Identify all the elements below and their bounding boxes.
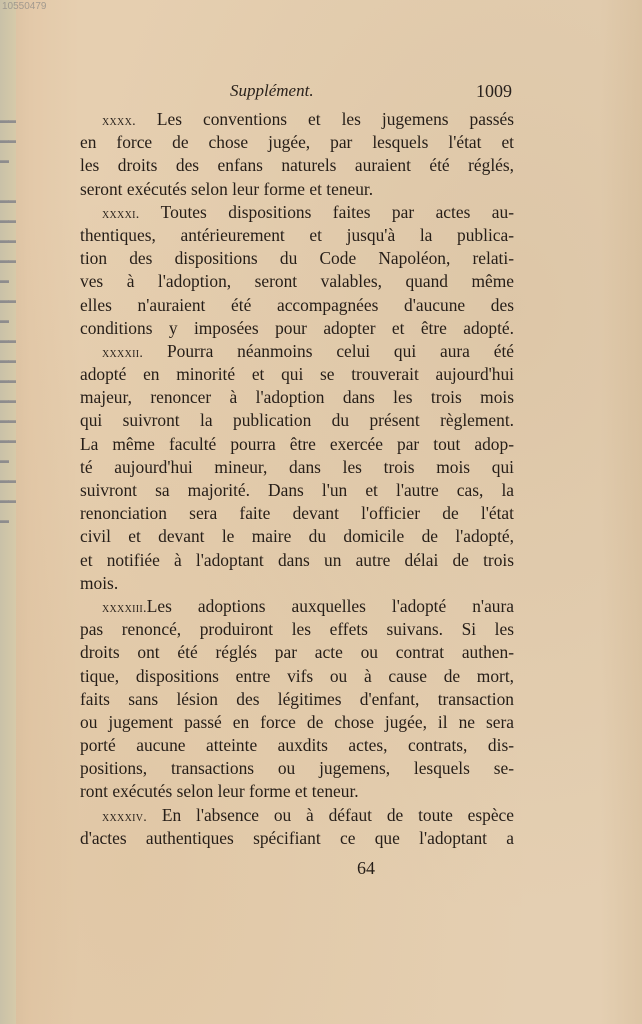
article-number: xxxxi. (102, 207, 140, 222)
text-line: seront exécutés selon leur forme et tene… (80, 178, 514, 201)
text-line: majeur, renoncer à l'adoption dans les t… (80, 386, 514, 409)
scan-id-label: 10550479 (2, 1, 47, 12)
text-line: qui suivront la publication du présent r… (80, 409, 514, 432)
text-line: ou jugement passé en force de chose jugé… (80, 711, 514, 734)
text-line: civil et devant le maire du domicile de … (80, 525, 514, 548)
text-line: ront exécutés selon leur forme et teneur… (80, 780, 514, 803)
running-head: Supplément. 1009 (80, 81, 514, 105)
text-line: porté aucune atteinte auxdits actes, con… (80, 734, 514, 757)
text-line: xxxxiv. En l'absence ou à défaut de tout… (80, 804, 514, 827)
text-line: positions, transactions ou jugemens, les… (80, 757, 514, 780)
text-line: thentiques, antérieurement et jusqu'à la… (80, 224, 514, 247)
text-line: ves à l'adoption, seront valables, quand… (80, 270, 514, 293)
text-line: renonciation sera faite devant l'officie… (80, 502, 514, 525)
text-line: té aujourd'hui mineur, dans les trois mo… (80, 456, 514, 479)
text-line: les droits des enfans naturels auraient … (80, 154, 514, 177)
adjacent-page-text-fragments: ▬▬ ▬▬ ▬ ▬▬ ▬▬ ▬▬ ▬▬ ▬ ▬▬ ▬ ▬▬ ▬▬ ▬▬ ▬▬ ▬… (0, 110, 16, 530)
text-line: La même faculté pourra être exercée par … (80, 433, 514, 456)
text-line: pas renoncé, produiront les effets suiva… (80, 618, 514, 641)
text-line: xxxxi. Toutes dispositions faites par ac… (80, 201, 514, 224)
article-number: xxxx. (102, 114, 136, 129)
text-line: mois. (80, 572, 514, 595)
body-text: xxxx. Les conventions et les jugemens pa… (80, 108, 514, 850)
article-number: xxxxii. (102, 346, 143, 361)
book-page: ▬▬ ▬▬ ▬ ▬▬ ▬▬ ▬▬ ▬▬ ▬ ▬▬ ▬ ▬▬ ▬▬ ▬▬ ▬▬ ▬… (0, 0, 642, 1024)
text-line: xxxx. Les conventions et les jugemens pa… (80, 108, 514, 131)
text-line: tion des dispositions du Code Napoléon, … (80, 247, 514, 270)
text-line: en force de chose jugée, par lesquels l'… (80, 131, 514, 154)
text-line: adopté en minorité et qui se trouverait … (80, 363, 514, 386)
text-line: d'actes authentiques spécifiant ce que l… (80, 827, 514, 850)
text-line: et notifiée à l'adoptant dans un autre d… (80, 549, 514, 572)
text-line: conditions y imposées pour adopter et êt… (80, 317, 514, 340)
text-line: xxxxiii.Les adoptions auxquelles l'adopt… (80, 595, 514, 618)
article-number: xxxxiii. (102, 601, 147, 616)
text-line: faits sans lésion des légitimes d'enfant… (80, 688, 514, 711)
signature-mark: 64 (357, 858, 375, 879)
article-number: xxxxiv. (102, 810, 147, 825)
adjacent-page-edge: ▬▬ ▬▬ ▬ ▬▬ ▬▬ ▬▬ ▬▬ ▬ ▬▬ ▬ ▬▬ ▬▬ ▬▬ ▬▬ ▬… (0, 0, 16, 1024)
text-line: elles n'auraient été accompagnées d'aucu… (80, 294, 514, 317)
running-head-title: Supplément. (230, 81, 314, 101)
text-line: droits ont été réglés par acte ou contra… (80, 641, 514, 664)
text-line: suivront sa majorité. Dans l'un et l'aut… (80, 479, 514, 502)
page-number: 1009 (476, 81, 512, 102)
text-line: tique, dispositions entre vifs ou à caus… (80, 665, 514, 688)
text-line: xxxxii. Pourra néanmoins celui qui aura … (80, 340, 514, 363)
